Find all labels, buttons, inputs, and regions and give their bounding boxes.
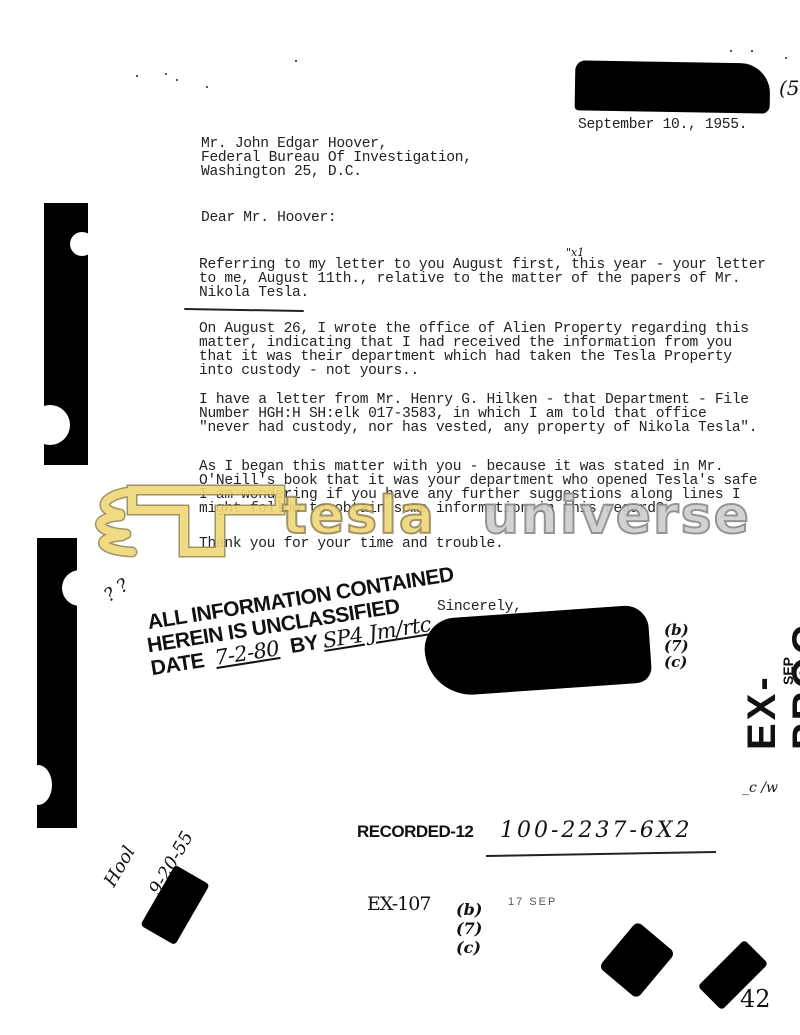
paragraph-line: that it was their department which had t… bbox=[199, 350, 749, 364]
tesla-universe-logo-icon bbox=[92, 480, 292, 560]
paragraph-line: On August 26, I wrote the office of Alie… bbox=[199, 322, 749, 336]
addressee-line: Mr. John Edgar Hoover, bbox=[201, 137, 472, 151]
paragraph-line: Nikola Tesla. bbox=[199, 286, 766, 300]
exemption-code: (b) bbox=[664, 622, 689, 638]
exemption-code: (7) bbox=[456, 919, 482, 938]
paragraph-line: Number HGH:H SH:elk 017-3583, in which I… bbox=[199, 407, 757, 421]
exemption-code: (b) bbox=[456, 900, 482, 919]
paragraph-2: On August 26, I wrote the office of Alie… bbox=[199, 322, 749, 378]
redaction-bottom-1 bbox=[599, 921, 676, 999]
ex-proc-stamp: EX-PROC bbox=[740, 622, 800, 750]
redaction-sender-header bbox=[575, 60, 771, 113]
handwritten-initials: Hool bbox=[100, 843, 140, 891]
exemption-code: (7) bbox=[664, 638, 689, 654]
paragraph-line: into custody - not yours.. bbox=[199, 364, 749, 378]
binding-hole bbox=[70, 232, 94, 256]
paragraph-line: Referring to my letter to you August fir… bbox=[199, 258, 766, 272]
margin-note: ? ? bbox=[100, 575, 133, 607]
declassification-stamp: ALL INFORMATION CONTAINED HEREIN IS UNCL… bbox=[142, 563, 462, 680]
watermark-text-universe: universe bbox=[482, 486, 751, 546]
exemption-codes: (b) (7) (c) bbox=[456, 900, 482, 957]
binding-hole bbox=[62, 570, 98, 606]
addressee-line: Federal Bureau Of Investigation, bbox=[201, 151, 472, 165]
stamp-by-label: BY bbox=[288, 631, 319, 658]
paragraph-line: I have a letter from Mr. Henry G. Hilken… bbox=[199, 393, 757, 407]
recorded-stamp: RECORDED-12 bbox=[357, 822, 473, 842]
paragraph-3: I have a letter from Mr. Henry G. Hilken… bbox=[199, 393, 757, 435]
addressee-block: Mr. John Edgar Hoover, Federal Bureau Of… bbox=[201, 137, 472, 179]
handwritten-underline bbox=[184, 308, 304, 312]
closing: Sincerely, bbox=[437, 600, 522, 614]
salutation: Dear Mr. Hoover: bbox=[201, 211, 336, 225]
handwritten-insert: "x1 bbox=[566, 246, 584, 259]
exemption-code: (c) bbox=[664, 654, 689, 670]
ex-stamp: EX-107 bbox=[367, 893, 430, 915]
exemption-codes: (b) (7) (c) bbox=[664, 622, 689, 670]
watermark-logo: tesla universe bbox=[92, 480, 712, 560]
exemption-code: (c) bbox=[456, 938, 482, 957]
strikethrough-line bbox=[486, 851, 716, 857]
paragraph-line: to me, August 11th., relative to the mat… bbox=[199, 272, 766, 286]
bottom-right-scrawl: _c /w bbox=[742, 780, 778, 796]
received-stamp: 17 SEP bbox=[508, 896, 557, 908]
letter-date: September 10., 1955. bbox=[578, 118, 747, 132]
file-number: 100-2237-6X2 bbox=[500, 818, 693, 843]
binding-hole bbox=[24, 765, 52, 805]
binding-hole bbox=[30, 405, 70, 445]
paragraph-line: "never had custody, nor has vested, any … bbox=[199, 421, 757, 435]
vertical-date-stamp: SEP 12 1955 bbox=[780, 654, 800, 685]
watermark-text-tesla: tesla bbox=[282, 486, 436, 546]
redaction-signature bbox=[423, 604, 653, 698]
page-number: 42 bbox=[740, 985, 771, 1013]
page-mark: (5 bbox=[779, 76, 800, 100]
addressee-line: Washington 25, D.C. bbox=[201, 165, 472, 179]
paragraph-line: As I began this matter with you - becaus… bbox=[199, 460, 757, 474]
paragraph-1: Referring to my letter to you August fir… bbox=[199, 258, 766, 300]
paragraph-line: matter, indicating that I had received t… bbox=[199, 336, 749, 350]
